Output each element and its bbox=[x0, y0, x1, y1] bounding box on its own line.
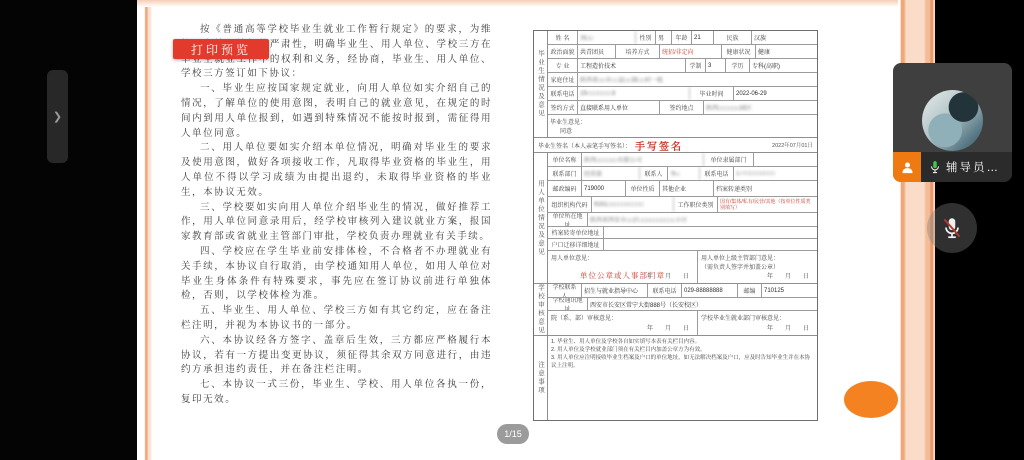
form-label-cell: 培养方式 bbox=[616, 45, 660, 58]
form-row: 专 业 工程造价技术 学制 3 学历 专科(高职) bbox=[548, 59, 817, 73]
note-item: 3. 用人单位应注明接收毕业生档案及户口的单位地址，如无法解决档案及户口，应及时… bbox=[551, 354, 814, 370]
graduate-opinion-label: 毕业生意见： bbox=[550, 117, 815, 126]
form-note-cell: 国有/集体/私有/民营/其他（按单位性质类别填写） bbox=[718, 197, 817, 212]
date-blank: 年 月 日 bbox=[767, 323, 809, 332]
person-icon bbox=[900, 160, 915, 175]
form-value-cell: 李□ bbox=[668, 167, 700, 180]
agreement-paragraph: 六、本协议经各方签字、盖章后生效，三方都应严格履行本协议，若有一方提出变更协议，… bbox=[181, 334, 492, 378]
form-label-cell: 单位所在地址 bbox=[548, 213, 588, 226]
form-row: 联系部门 经营部 联系人 李□ 联系电话 177□□□□□□□□ bbox=[548, 167, 817, 181]
form-label-cell: 单位隶属部门 bbox=[704, 153, 754, 166]
superior-opinion-sublabel: （需负责人签字并加盖公章） bbox=[701, 262, 814, 271]
employer-opinion-box: 用人单位意见： 单位公章或人事部门章 年 月 日 bbox=[548, 251, 698, 283]
form-label-cell: 学历 bbox=[726, 59, 750, 72]
page-indicator: 1/15 bbox=[497, 424, 529, 444]
form-label-cell: 专 业 bbox=[548, 59, 578, 72]
agreement-form-page: 毕业生情况及意见 姓 名 刘□□ 性别 男 年龄 21 民族 汉族 政治面貌 共… bbox=[533, 30, 818, 421]
form-label-cell: 组织机构代码 bbox=[548, 197, 592, 212]
form-value-cell: 经营部 bbox=[582, 167, 640, 180]
form-label-cell: 学校联系人 bbox=[548, 284, 582, 297]
mic-muted-icon bbox=[939, 215, 965, 241]
employer-opinion-label: 用人单位意见： bbox=[551, 253, 694, 262]
agreement-paragraph: 七、本协议一式三份，毕业生、学校、用人单位各执一份，复印无效。 bbox=[181, 378, 492, 408]
form-row: 签约方式 直接联系用人单位 签约地点 陕西□□□□□□园区 bbox=[548, 101, 817, 115]
participant-name: 辅导员… bbox=[946, 159, 1000, 175]
graduate-section-label: 毕业生情况及意见 bbox=[534, 31, 548, 137]
form-value-cell: 710125 bbox=[762, 284, 817, 297]
form-value-cell: 陕西省西安市□□区□□□□□□□□□□小区 bbox=[588, 213, 817, 226]
form-row: 单位所在地址 陕西省西安市□□区□□□□□□□□□□小区 bbox=[548, 213, 817, 227]
agreement-paragraph: 二、用人单位要如实介绍本单位情况，明确对毕业生的要求及使用意图，做好各项接收工作… bbox=[181, 141, 492, 200]
left-rail: ❯ bbox=[0, 0, 137, 460]
form-value-cell: 刘□□ bbox=[578, 31, 636, 44]
video-tile-bar: 辅导员… bbox=[893, 152, 1012, 182]
microphone-muted-button[interactable] bbox=[927, 203, 977, 253]
expand-panel-handle[interactable]: ❯ bbox=[47, 70, 68, 163]
form-value-cell bbox=[604, 227, 817, 238]
form-value-cell: 陕西□□□□□□园区 bbox=[704, 101, 817, 114]
form-value-cell: 177□□□□□□□□ bbox=[734, 167, 817, 180]
form-value-cell: 15□□□□□□□3 bbox=[578, 87, 690, 100]
form-value-cell: 9161□□□□□□□□□□ bbox=[592, 197, 674, 212]
agreement-paragraph: 五、毕业生、用人单位、学校三方如有其它约定，应在备注栏注明，并视为本协议书的一部… bbox=[181, 304, 492, 334]
form-label-cell: 签约方式 bbox=[548, 101, 578, 114]
form-label-cell: 毕业时间 bbox=[690, 87, 734, 100]
unit-type-hint-red: 国有/集体/私有/民营/其他（按单位性质类别填写） bbox=[720, 199, 815, 211]
form-label-cell: 联系部门 bbox=[548, 167, 582, 180]
form-row: 联系电话 15□□□□□□□3 毕业时间 2022-06-29 bbox=[548, 87, 817, 101]
notes-section: 注意事项 1. 毕业生、用人单位及学校各自如实填写本表有关栏目内容。 2. 用人… bbox=[534, 336, 817, 420]
department-review-box: 院（系、部）审核意见： 年 月 日 bbox=[548, 311, 698, 335]
agreement-paragraph: 三、学校要如实向用人单位介绍毕业生的情况，做好推荐工作，用人单位同意录用后，经学… bbox=[181, 201, 492, 245]
form-row: 姓 名 刘□□ 性别 男 年龄 21 民族 汉族 bbox=[548, 31, 817, 45]
page-edge-strip-left bbox=[137, 0, 152, 460]
signature-date: 2022年07月01日 bbox=[772, 141, 813, 149]
graduate-opinion-cell: 毕业生意见： 同意 bbox=[548, 115, 817, 137]
notes-section-label: 注意事项 bbox=[534, 336, 548, 420]
date-blank: 年 月 日 bbox=[767, 271, 809, 280]
form-label-cell: 单位性质 bbox=[626, 181, 660, 196]
school-section: 学校审核意见 学校联系人 招生与就业指导中心 联系电话 029-88888888… bbox=[534, 284, 817, 336]
form-row: 学校通讯地址 西安市长安区常宁大街888号（长安校区） bbox=[548, 298, 817, 311]
form-value-cell: 陕西□□□□□□有限公司 bbox=[582, 153, 704, 166]
note-item: 1. 毕业生、用人单位及学校各自如实填写本表有关栏目内容。 bbox=[551, 338, 814, 346]
form-label-cell: 年龄 bbox=[672, 31, 692, 44]
screen: ❯ 按《普通高等学校毕业生就业工作暂行规定》的要求，为维护国家就业计划的严肃性，… bbox=[0, 0, 1024, 460]
form-row: 档案转寄单位地址 bbox=[548, 227, 817, 239]
graduate-opinion-value: 同意 bbox=[550, 126, 815, 135]
form-row: 邮政编码 719000 单位性质 其他企业 档案转递类别 bbox=[548, 181, 817, 197]
form-label-cell: 性别 bbox=[636, 31, 656, 44]
form-value-cell: 专科(高职) bbox=[750, 59, 817, 72]
form-label-cell: 邮政编码 bbox=[548, 181, 582, 196]
form-row: 单位名称 陕西□□□□□□有限公司 单位隶属部门 bbox=[548, 153, 817, 167]
form-value-cell: 陕西省□□市□□县□□镇□□村一组 bbox=[578, 73, 817, 86]
form-label-cell: 档案转寄单位地址 bbox=[548, 227, 604, 238]
note-item: 2. 用人单位及学校就业部门须在有关栏目内加盖公章方为有效。 bbox=[551, 346, 814, 354]
form-value-cell: 共青团员 bbox=[578, 45, 616, 58]
form-value-cell bbox=[604, 239, 817, 250]
mic-active-icon bbox=[928, 160, 942, 174]
form-value-cell: 21 bbox=[692, 31, 714, 44]
form-row: 户口迁移详细地址 bbox=[548, 239, 817, 251]
form-value-cell: 直接联系用人单位 bbox=[578, 101, 660, 114]
form-value-cell: 029-88888888 bbox=[682, 284, 738, 297]
employment-office-review-box: 学校毕业生就业部门审核意见： 年 月 日 bbox=[698, 311, 817, 335]
form-label-cell: 健康状况 bbox=[722, 45, 756, 58]
form-label-cell: 联系人 bbox=[640, 167, 668, 180]
print-preview-button[interactable]: 打印预览 bbox=[173, 39, 269, 59]
form-value-cell: 3 bbox=[706, 59, 726, 72]
employer-section: 用人单位情况及意见 单位名称 陕西□□□□□□有限公司 单位隶属部门 联系部门 … bbox=[534, 153, 817, 284]
department-review-label: 院（系、部）审核意见： bbox=[551, 313, 694, 322]
form-label-cell: 联系电话 bbox=[548, 87, 578, 100]
form-row: 政治面貌 共青团员 培养方式 统招/非定向 健康状况 健康 bbox=[548, 45, 817, 59]
form-label-cell: 工作职位类别 bbox=[674, 197, 718, 212]
form-label-cell: 民族 bbox=[714, 31, 752, 44]
form-value-cell bbox=[754, 153, 817, 166]
form-label-cell: 学制 bbox=[686, 59, 706, 72]
participant-video-tile[interactable]: 辅导员… bbox=[893, 63, 1012, 182]
form-row: 院（系、部）审核意见： 年 月 日 学校毕业生就业部门审核意见： 年 月 日 bbox=[548, 311, 817, 335]
role-badge bbox=[893, 152, 921, 182]
employment-office-review-label: 学校毕业生就业部门审核意见： bbox=[701, 313, 814, 322]
participant-avatar bbox=[922, 90, 983, 151]
form-row: 组织机构代码 9161□□□□□□□□□□ 工作职位类别 国有/集体/私有/民营… bbox=[548, 197, 817, 213]
signature-label: 毕业生签名（本人亲笔手写签名）： bbox=[538, 141, 631, 150]
form-label-cell: 学校通讯地址 bbox=[548, 298, 588, 310]
agreement-text-page: 按《普通高等学校毕业生就业工作暂行规定》的要求，为维护国家就业计划的严肃性，明确… bbox=[181, 23, 492, 423]
graduate-signature-row: 毕业生签名（本人亲笔手写签名）： 手写签名 2022年07月01日 bbox=[534, 138, 817, 153]
agreement-paragraph: 一、毕业生应按国家规定就业，向用人单位如实介绍自己的情况，了解单位的使用意图，表… bbox=[181, 82, 492, 141]
employer-section-label: 用人单位情况及意见 bbox=[534, 153, 548, 283]
superior-opinion-label: 用人单位上级主管部门意见： bbox=[701, 253, 814, 262]
form-label-cell: 户口迁移详细地址 bbox=[548, 239, 604, 250]
form-label-cell: 档案转递类别 bbox=[714, 181, 817, 196]
form-value-cell: 西安市长安区常宁大街888号（长安校区） bbox=[588, 298, 817, 310]
form-label-cell: 姓 名 bbox=[548, 31, 578, 44]
form-value-cell: 统招/非定向 bbox=[660, 45, 722, 58]
page-edge-strip-top bbox=[137, 0, 898, 7]
date-blank: 年 月 日 bbox=[647, 323, 689, 332]
form-value-cell: 719000 bbox=[582, 181, 626, 196]
form-value-cell: 招生与就业指导中心 bbox=[582, 284, 648, 297]
graduate-section: 毕业生情况及意见 姓 名 刘□□ 性别 男 年龄 21 民族 汉族 政治面貌 共… bbox=[534, 31, 817, 138]
school-section-label: 学校审核意见 bbox=[534, 284, 548, 335]
form-label-cell: 签约地点 bbox=[660, 101, 704, 114]
form-row: 学校联系人 招生与就业指导中心 联系电话 029-88888888 邮编 710… bbox=[548, 284, 817, 298]
form-value-cell: 工程造价技术 bbox=[578, 59, 686, 72]
form-label-cell: 单位名称 bbox=[548, 153, 582, 166]
form-value-cell: 汉族 bbox=[752, 31, 817, 44]
floating-annotation-button[interactable] bbox=[844, 381, 898, 418]
date-blank: 年 月 日 bbox=[647, 271, 689, 280]
form-value-cell: 健康 bbox=[756, 45, 817, 58]
handwritten-signature: 手写签名 bbox=[635, 138, 683, 153]
form-row: 用人单位意见： 单位公章或人事部门章 年 月 日 用人单位上级主管部门意见： （… bbox=[548, 251, 817, 283]
chevron-right-icon: ❯ bbox=[53, 110, 62, 123]
form-label-cell: 邮编 bbox=[738, 284, 762, 297]
form-row: 毕业生意见： 同意 bbox=[548, 115, 817, 137]
agreement-paragraph: 四、学校应在学生毕业前安排体检，不合格者不办理就业有关手续，本协议自行取消，由学… bbox=[181, 245, 492, 304]
form-label-cell: 政治面貌 bbox=[548, 45, 578, 58]
form-value-cell: 2022-06-29 bbox=[734, 87, 817, 100]
form-row: 家庭住址 陕西省□□市□□县□□镇□□村一组 bbox=[548, 73, 817, 87]
form-value-cell: 其他企业 bbox=[660, 181, 714, 196]
form-label-cell: 联系电话 bbox=[700, 167, 734, 180]
form-value-cell: 男 bbox=[656, 31, 672, 44]
form-label-cell: 家庭住址 bbox=[548, 73, 578, 86]
employer-superior-opinion-box: 用人单位上级主管部门意见： （需负责人签字并加盖公章） 年 月 日 bbox=[698, 251, 817, 283]
form-label-cell: 联系电话 bbox=[648, 284, 682, 297]
